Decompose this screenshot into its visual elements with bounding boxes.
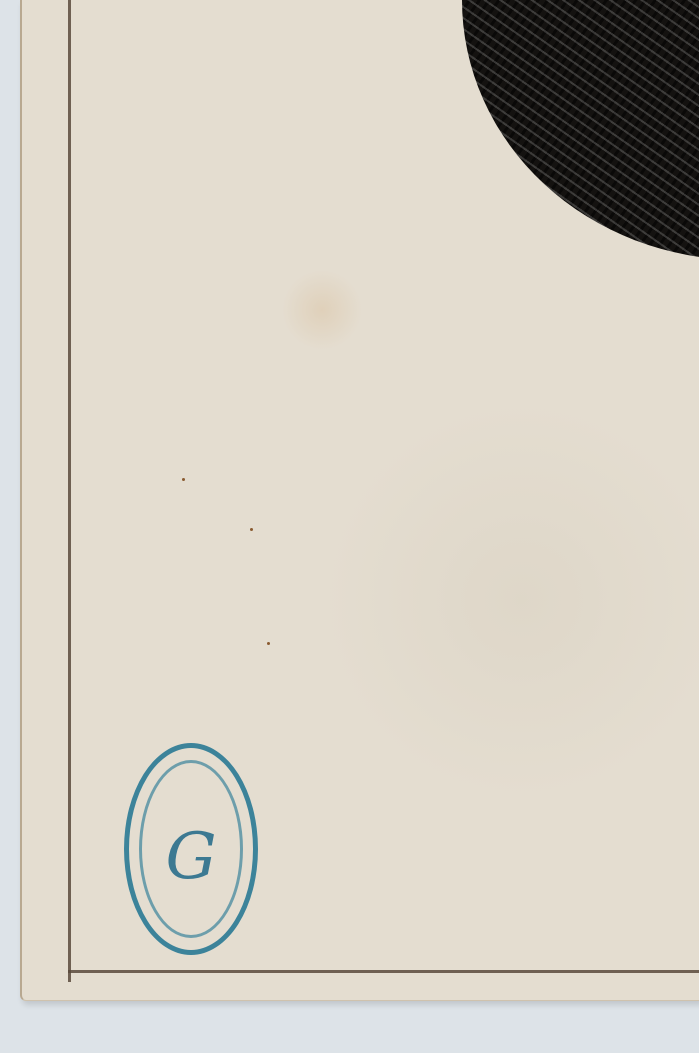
foxing-spot	[267, 642, 270, 645]
stamp-monogram: G	[129, 825, 253, 889]
paper-sheet: G	[20, 0, 699, 1001]
foxing-spot	[182, 478, 185, 481]
border-rule-bottom	[68, 970, 699, 973]
border-rule-left	[68, 0, 71, 982]
collector-stamp: G	[124, 743, 258, 955]
foxing-spot	[250, 528, 253, 531]
engraved-ink-area	[462, 0, 699, 260]
